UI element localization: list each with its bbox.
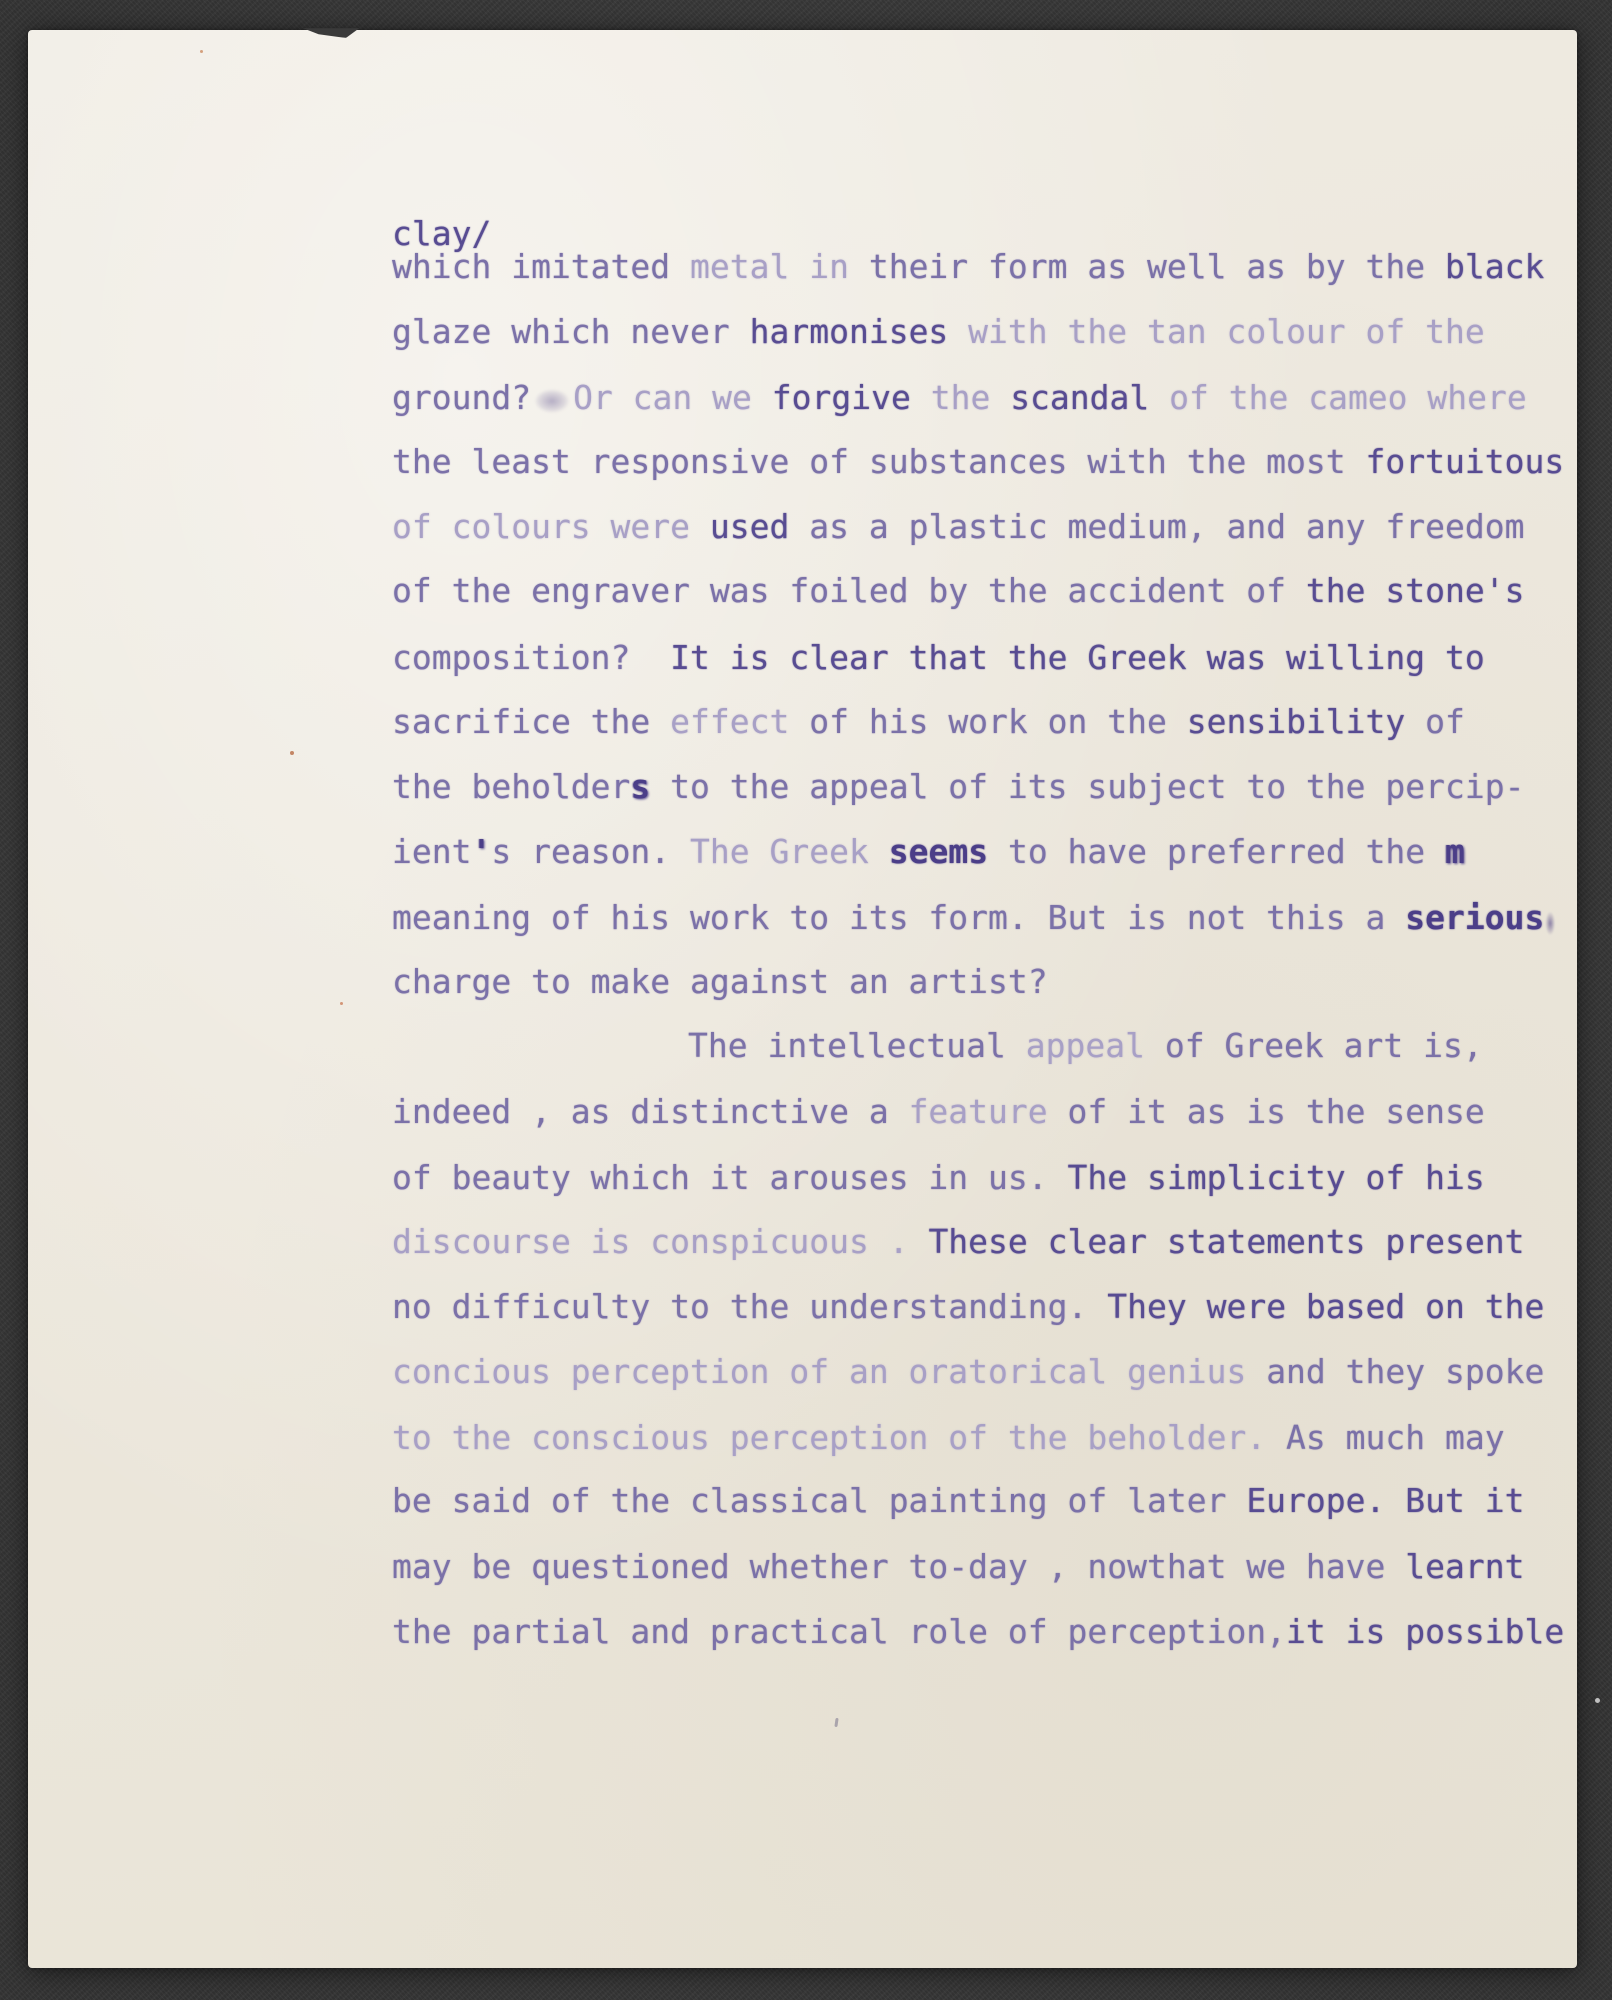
- typed-text-segment: of his work on the: [789, 702, 1186, 741]
- typed-line: meaning of his work to its form. But is …: [392, 900, 1564, 965]
- typed-text-segment: learnt: [1405, 1547, 1524, 1586]
- typed-text-segment: serious: [1405, 898, 1544, 937]
- typed-text-segment: which imitated: [392, 247, 690, 286]
- typed-text-segment: with the tan colour of the: [948, 312, 1484, 351]
- typed-text-segment: meaning of his work to its form. But is …: [392, 898, 1405, 937]
- typed-text-segment: glaze which never: [392, 312, 750, 351]
- typed-text-segment: These clear statements present: [928, 1222, 1524, 1261]
- typed-text-segment: The Greek: [690, 832, 889, 871]
- typed-line: to the conscious perception of the behol…: [392, 1420, 1564, 1485]
- typed-text-segment: appeal: [1026, 1026, 1145, 1065]
- typed-line: clay/: [392, 216, 1564, 249]
- typed-text-segment: of: [1405, 702, 1465, 741]
- typed-line: no difficulty to the understanding. They…: [392, 1289, 1564, 1354]
- typed-text-segment: feature: [909, 1092, 1048, 1131]
- typed-text-segment: m: [1445, 832, 1465, 871]
- ink-smudge: [1544, 912, 1557, 942]
- typed-text-segment: ': [471, 832, 491, 871]
- stray-ink-mark: [834, 1718, 838, 1727]
- typed-line: sacrifice the effect of his work on the …: [392, 704, 1564, 769]
- typed-text-segment: of it as is the sense: [1048, 1092, 1485, 1131]
- typed-text-segment: the partial and practical role of percep…: [392, 1612, 1286, 1651]
- typed-text-segment: metal in: [690, 247, 869, 286]
- typed-text-segment: The intellectual: [688, 1026, 1026, 1065]
- typed-text-segment: used: [710, 507, 789, 546]
- paper-edge-notch: [300, 28, 362, 38]
- typed-text-segment: no difficulty to the understanding.: [392, 1287, 1107, 1326]
- typed-line: be said of the classical painting of lat…: [392, 1483, 1564, 1548]
- typed-text-segment: The simplicity of his: [1068, 1158, 1485, 1197]
- typed-text-segment: of beauty which it arouses in us.: [392, 1158, 1068, 1197]
- typed-text-segment: scandal: [1010, 378, 1149, 417]
- dust-speck: [1595, 1698, 1600, 1703]
- typed-text-segment: fortuitous: [1366, 442, 1565, 481]
- typed-text-segment: sacrifice the: [392, 702, 670, 741]
- typed-text-segment: may be questioned whether to-day , nowth…: [392, 1547, 1405, 1586]
- typed-text-segment: it is possible: [1286, 1612, 1564, 1651]
- typed-line: the partial and practical role of percep…: [392, 1614, 1564, 1679]
- typed-text-segment: As much may: [1286, 1418, 1505, 1457]
- typed-text-segment: of the cameo where: [1149, 378, 1527, 417]
- typed-line: of the engraver was foiled by the accide…: [392, 573, 1564, 638]
- ink-smudge: [531, 387, 573, 414]
- typed-text-segment: black: [1445, 247, 1544, 286]
- typed-text: clay/which imitated metal in their form …: [392, 216, 1564, 1679]
- typed-text-segment: to have preferred the: [988, 832, 1445, 871]
- typed-line: charge to make against an artist?: [392, 964, 1564, 1029]
- typed-text-segment: discourse is conspicuous .: [392, 1222, 928, 1261]
- typed-text-segment: to the conscious perception of the behol…: [392, 1418, 1286, 1457]
- typed-text-segment: Or can we: [573, 378, 772, 417]
- typed-text-segment: the least responsive of substances with …: [392, 442, 1366, 481]
- paper-fleck: [340, 1002, 343, 1005]
- typed-text-segment: of colours were: [392, 507, 710, 546]
- typed-line: discourse is conspicuous . These clear s…: [392, 1224, 1564, 1289]
- typed-text-segment: the beholder: [392, 767, 630, 806]
- typed-text-segment: It is clear that the Greek was willing t…: [670, 638, 1485, 677]
- paper-fleck: [290, 751, 294, 755]
- paper-fleck: [200, 50, 203, 53]
- typed-line: may be questioned whether to-day , nowth…: [392, 1549, 1564, 1614]
- typed-line: of colours were used as a plastic medium…: [392, 509, 1564, 574]
- typed-text-segment: their form as well as by the: [869, 247, 1445, 286]
- typed-text-segment: effect: [670, 702, 789, 741]
- typed-text-segment: seems: [889, 832, 988, 871]
- typed-text-segment: composition?: [392, 638, 670, 677]
- typed-text-segment: to the appeal of its subject to the perc…: [650, 767, 1524, 806]
- typed-text-segment: They were based on the: [1107, 1287, 1544, 1326]
- typed-text-segment: charge to make against an artist?: [392, 962, 1048, 1001]
- typed-line: The intellectual appeal of Greek art is,: [392, 1028, 1564, 1093]
- typed-text-segment: s: [630, 767, 650, 806]
- typed-text-segment: sensibility: [1187, 702, 1406, 741]
- typed-line: the least responsive of substances with …: [392, 444, 1564, 509]
- typed-line: concious perception of an oratorical gen…: [392, 1354, 1564, 1419]
- typed-text-segment: s reason.: [491, 832, 690, 871]
- typed-line: ient's reason. The Greek seems to have p…: [392, 834, 1564, 899]
- typed-text-segment: Europe. But it: [1246, 1481, 1524, 1520]
- typed-text-segment: indeed , as distinctive a: [392, 1092, 909, 1131]
- typed-text-segment: ground?: [392, 378, 531, 417]
- typed-line: the beholders to the appeal of its subje…: [392, 769, 1564, 834]
- photo-background: clay/which imitated metal in their form …: [0, 0, 1612, 2000]
- typed-text-segment: ient: [392, 832, 471, 871]
- manuscript-page: clay/which imitated metal in their form …: [28, 30, 1577, 1968]
- typed-text-segment: forgive: [772, 378, 911, 417]
- typed-text-segment: the: [911, 378, 1010, 417]
- typed-text-segment: as a plastic medium, and any freedom: [789, 507, 1524, 546]
- typed-line: of beauty which it arouses in us. The si…: [392, 1160, 1564, 1225]
- typed-text-segment: of the engraver was foiled by the accide…: [392, 571, 1306, 610]
- typed-line: indeed , as distinctive a feature of it …: [392, 1094, 1564, 1159]
- typed-line: composition? It is clear that the Greek …: [392, 640, 1564, 705]
- typed-line: glaze which never harmonises with the ta…: [392, 314, 1564, 379]
- typed-line: which imitated metal in their form as we…: [392, 249, 1564, 314]
- typed-text-segment: and they spoke: [1266, 1352, 1544, 1391]
- typed-text-segment: the stone's: [1306, 571, 1525, 610]
- typed-text-segment: harmonises: [750, 312, 949, 351]
- typed-text-segment: be said of the classical painting of lat…: [392, 1481, 1246, 1520]
- typed-text-segment: concious perception of an oratorical gen…: [392, 1352, 1266, 1391]
- typed-line: ground?Or can we forgive the scandal of …: [392, 380, 1564, 445]
- typed-text-segment: of Greek art is,: [1145, 1026, 1483, 1065]
